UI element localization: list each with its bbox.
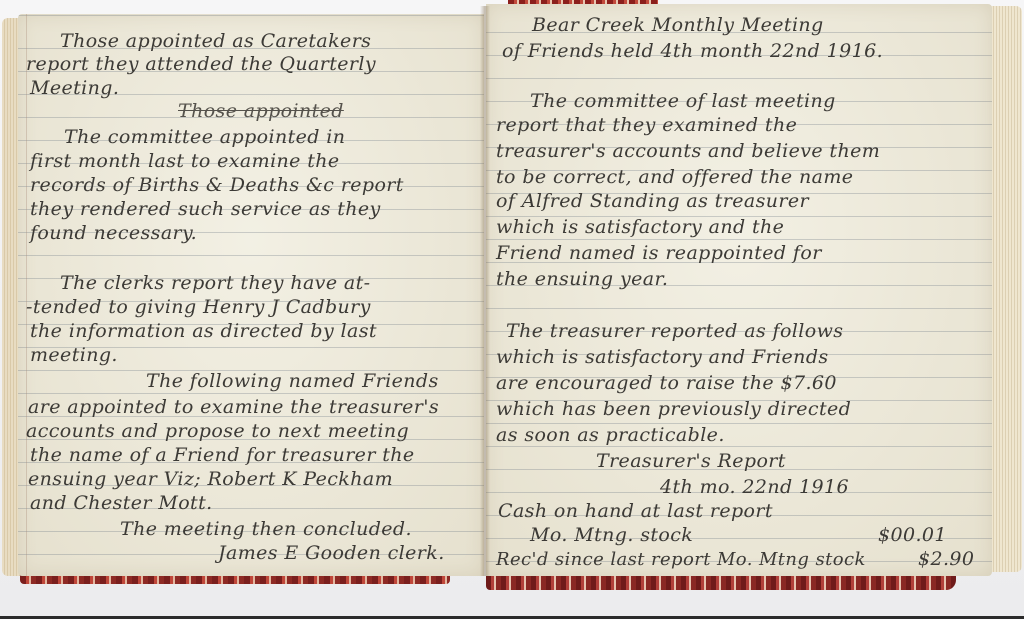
margin-line bbox=[26, 14, 27, 576]
stock-label: Mo. Mtng. stock bbox=[530, 524, 693, 547]
handwritten-line: The treasurer reported as follows bbox=[506, 320, 843, 343]
handwritten-line: ensuing year Viz; Robert K Peckham bbox=[28, 468, 393, 491]
cash-on-hand-label: Cash on hand at last report bbox=[498, 500, 773, 523]
handwritten-line: treasurer's accounts and believe them bbox=[496, 140, 880, 163]
handwritten-line: The meeting then concluded. bbox=[120, 518, 412, 541]
handwritten-line: report that they examined the bbox=[496, 114, 797, 137]
handwritten-line: the ensuing year. bbox=[496, 268, 668, 291]
handwritten-line: The committee appointed in bbox=[64, 126, 345, 149]
handwritten-line: of Alfred Standing as treasurer bbox=[496, 190, 809, 213]
handwritten-line: Friend named is reappointed for bbox=[496, 242, 822, 265]
handwritten-line: accounts and propose to next meeting bbox=[26, 420, 409, 443]
handwritten-line: The committee of last meeting bbox=[530, 90, 836, 113]
handwritten-line: Those appointed as Caretakers bbox=[60, 30, 371, 53]
received-amount: $2.90 bbox=[918, 548, 974, 571]
handwritten-line: The following named Friends bbox=[146, 370, 439, 393]
stock-amount: $00.01 bbox=[878, 524, 947, 547]
handwritten-line: which is satisfactory and Friends bbox=[496, 346, 829, 369]
handwritten-line: which has been previously directed bbox=[496, 398, 851, 421]
handwritten-line: as soon as practicable. bbox=[496, 424, 725, 447]
handwritten-line: report they attended the Quarterly bbox=[26, 53, 376, 76]
handwritten-line: and Chester Mott. bbox=[30, 492, 213, 515]
handwritten-line: Treasurer's Report bbox=[596, 450, 786, 473]
handwritten-line: James E Gooden clerk. bbox=[218, 542, 445, 565]
handwritten-line: the information as directed by last bbox=[30, 320, 377, 343]
page-stack-right bbox=[988, 6, 1022, 572]
handwritten-line: Meeting. bbox=[30, 77, 119, 100]
handwritten-line: to be correct, and offered the name bbox=[496, 166, 853, 189]
book-gutter bbox=[480, 6, 490, 576]
handwritten-line: of Friends held 4th month 22nd 1916. bbox=[502, 40, 883, 63]
handwritten-line: are appointed to examine the treasurer's bbox=[28, 396, 439, 419]
handwritten-line: found necessary. bbox=[30, 222, 197, 245]
handwritten-line: the name of a Friend for treasurer the bbox=[30, 444, 415, 467]
handwritten-line: Bear Creek Monthly Meeting bbox=[532, 14, 824, 37]
handwritten-line: The clerks report they have at- bbox=[60, 272, 370, 295]
handwritten-line: -tended to giving Henry J Cadbury bbox=[26, 296, 371, 319]
handwritten-line: which is satisfactory and the bbox=[496, 216, 784, 239]
marbled-cover-edge-right bbox=[486, 574, 956, 590]
handwritten-line: records of Births & Deaths &c report bbox=[30, 174, 404, 197]
handwritten-line: 4th mo. 22nd 1916 bbox=[660, 476, 849, 499]
handwritten-line: first month last to examine the bbox=[30, 150, 340, 173]
handwritten-line: they rendered such service as they bbox=[30, 198, 381, 221]
received-label: Rec'd since last report Mo. Mtng stock bbox=[496, 548, 866, 571]
handwritten-line: are encouraged to raise the $7.60 bbox=[496, 372, 837, 395]
handwritten-line: meeting. bbox=[30, 344, 118, 367]
handwritten-line: Those appointed bbox=[178, 100, 344, 123]
